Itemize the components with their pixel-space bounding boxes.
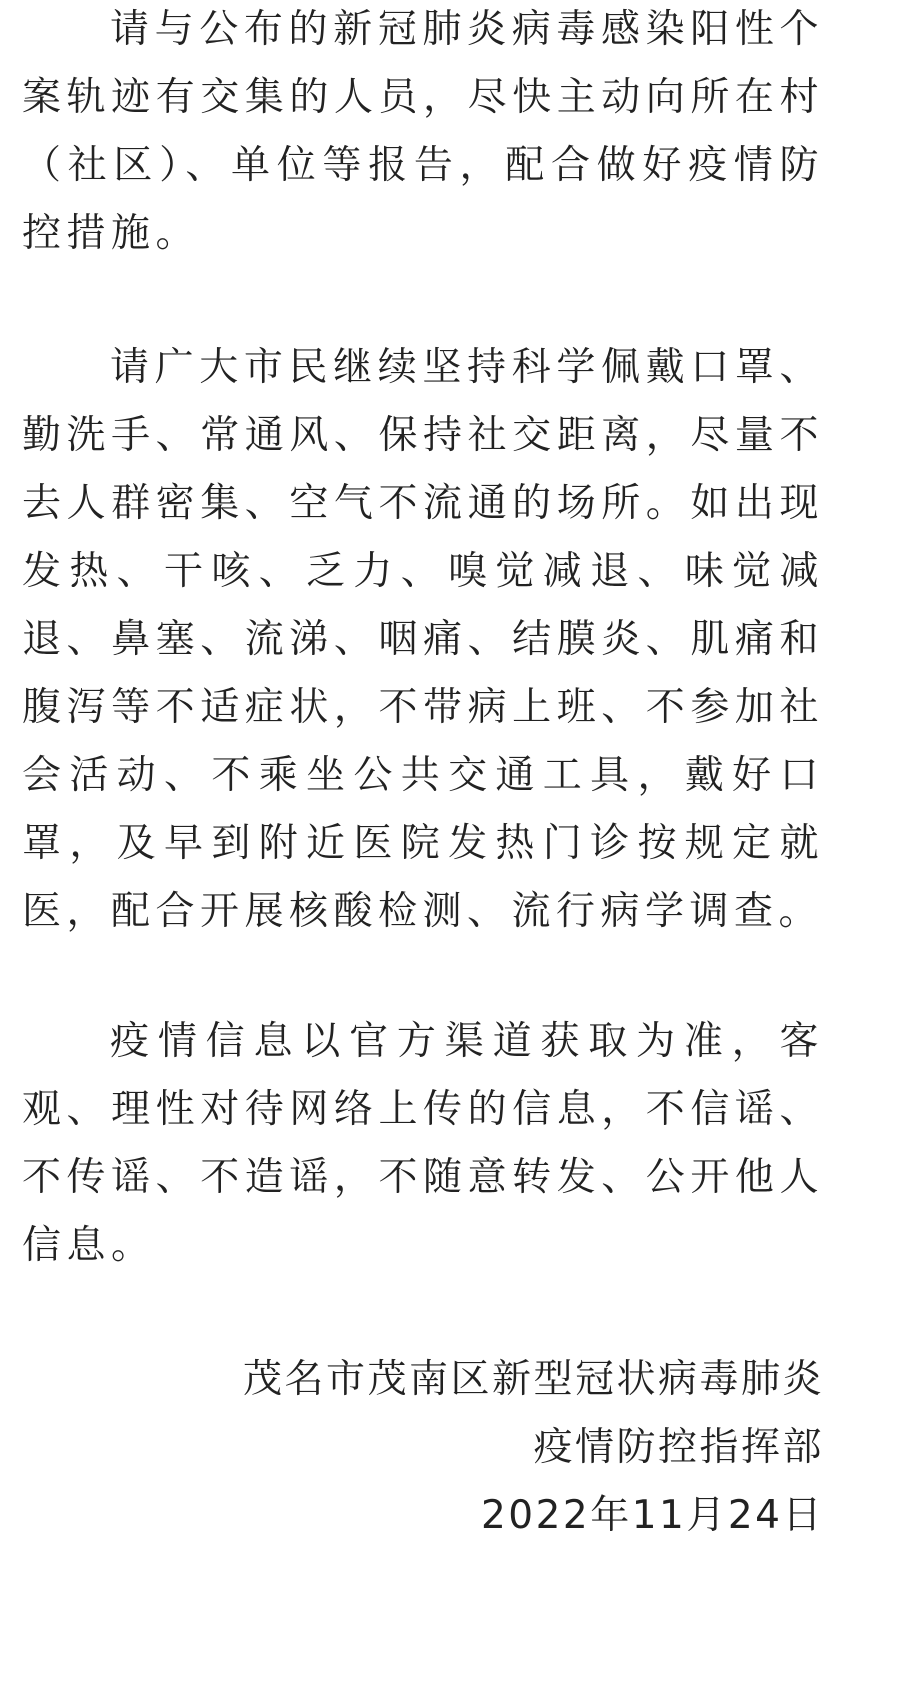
signature-date: 2022年11月24日 [22, 1482, 824, 1550]
signature-block: 茂名市茂南区新型冠状病毒肺炎 疫情防控指挥部 2022年11月24日 [22, 1346, 824, 1550]
signature-organization-line-1: 茂名市茂南区新型冠状病毒肺炎 [22, 1346, 824, 1414]
paragraph-report-contact: 请与公布的新冠肺炎病毒感染阳性个案轨迹有交集的人员，尽快主动向所在村（社区）、单… [22, 0, 824, 268]
paragraph-official-information: 疫情信息以官方渠道获取为准，客观、理性对待网络上传的信息，不信谣、不传谣、不造谣… [22, 1008, 824, 1280]
signature-organization-line-2: 疫情防控指挥部 [22, 1414, 824, 1482]
paragraph-prevention-advice: 请广大市民继续坚持科学佩戴口罩、勤洗手、常通风、保持社交距离，尽量不去人群密集、… [22, 334, 824, 946]
